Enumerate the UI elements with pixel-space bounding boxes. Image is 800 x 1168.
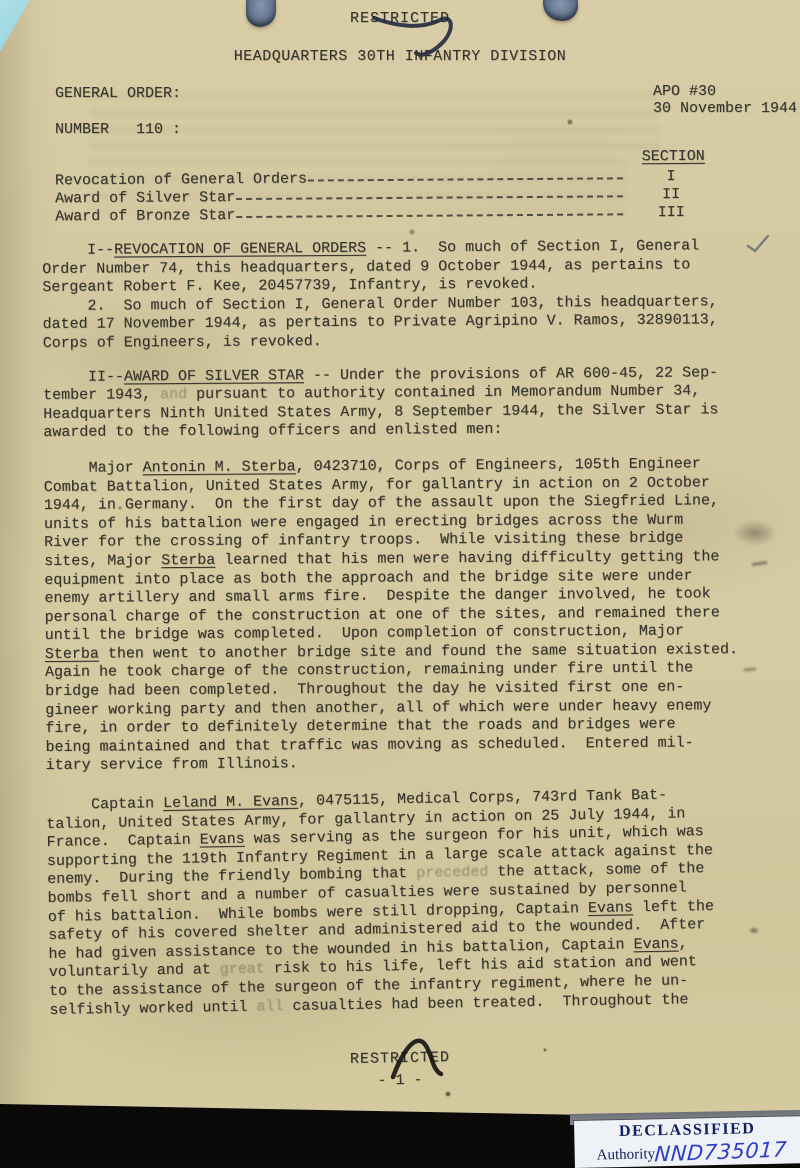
stamp-authority-line: AuthorityNND735017 xyxy=(596,1138,800,1166)
paragraph-silver-star-intro: II--AWARD OF SILVER STAR -- Under the pr… xyxy=(43,364,764,443)
table-of-contents: SECTION Revocation of General Orders I A… xyxy=(55,148,718,227)
document-page: RESTRICTED HEADQUARTERS 30TH INFANTRY DI… xyxy=(0,0,800,1120)
toc-section-numeral: II xyxy=(625,186,717,205)
toc-leader xyxy=(236,195,623,200)
document-body: I--REVOCATION OF GENERAL ORDERS -- 1. So… xyxy=(42,237,767,1020)
stamp-authority-label: Authority xyxy=(597,1146,656,1163)
paragraph-revocation-2: 2. So much of Section I, General Order N… xyxy=(42,293,762,354)
toc-item-label: Revocation of General Orders xyxy=(55,171,307,191)
toc-section-numeral: I xyxy=(625,168,717,187)
toc-row: Award of Bronze Star III xyxy=(55,204,717,227)
order-date: 30 November 1944 xyxy=(653,100,797,117)
paragraph-revocation-1: I--REVOCATION OF GENERAL ORDERS -- 1. So… xyxy=(42,237,762,298)
paragraph-evans-citation: Captain Leland M. Evans, 0475115, Medica… xyxy=(46,785,770,1020)
toc-leader xyxy=(236,213,623,218)
order-number-label: NUMBER 110 : xyxy=(55,121,181,138)
toc-item-label: Award of Silver Star xyxy=(55,189,235,208)
classification-header: RESTRICTED xyxy=(0,10,800,27)
general-order-label: GENERAL ORDER: xyxy=(55,85,181,102)
stamp-authority-value: NND735017 xyxy=(654,1137,788,1166)
toc-section-numeral: III xyxy=(625,204,717,223)
toc-item-label: Award of Bronze Star xyxy=(55,207,235,226)
declassified-stamp: DECLASSIFIED AuthorityNND735017 xyxy=(574,1116,800,1168)
apo-number: APO #30 xyxy=(653,83,716,100)
scanned-document: { "doc": { "classification_top": "RESTRI… xyxy=(0,0,800,1168)
toc-leader xyxy=(308,177,623,181)
paragraph-sterba-citation: Major Antonin M. Sterba, 0423710, Corps … xyxy=(44,455,766,776)
headquarters-title: HEADQUARTERS 30TH INFANTRY DIVISION xyxy=(0,48,800,65)
